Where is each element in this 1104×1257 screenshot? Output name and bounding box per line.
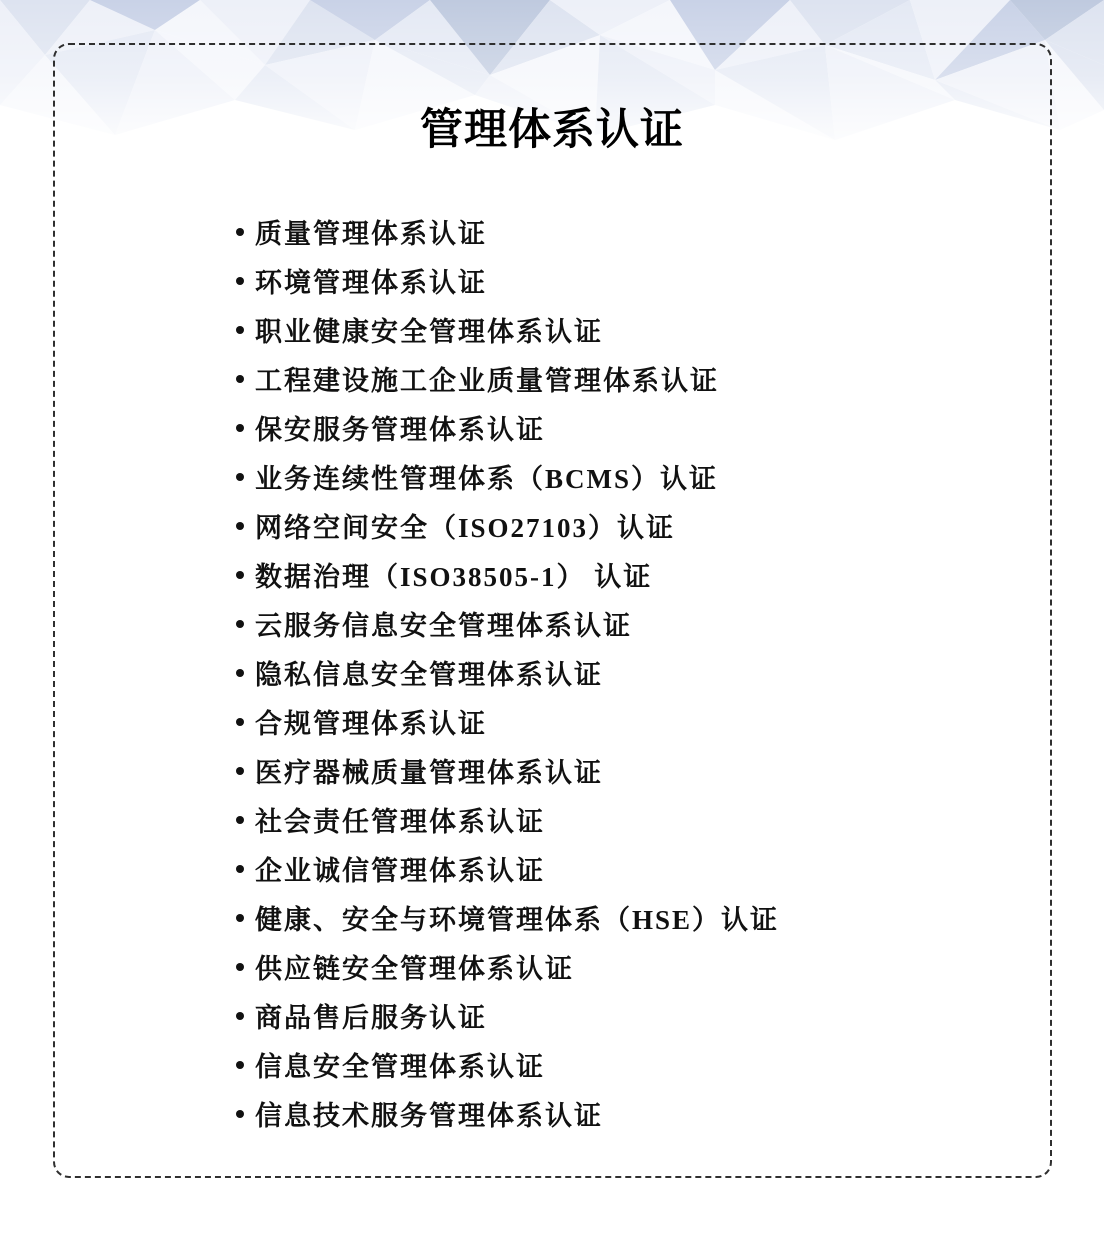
bullet-icon xyxy=(236,228,244,236)
list-item-label: 质量管理体系认证 xyxy=(255,212,487,251)
list-item-label: 环境管理体系认证 xyxy=(255,261,487,300)
list-item: 健康、安全与环境管理体系（HSE）认证 xyxy=(236,893,779,942)
list-item: 信息技术服务管理体系认证 xyxy=(236,1089,779,1138)
list-item-label: 合规管理体系认证 xyxy=(255,702,487,741)
list-item-label: 业务连续性管理体系（BCMS）认证 xyxy=(255,457,718,496)
bullet-icon xyxy=(236,767,244,775)
bullet-icon xyxy=(236,473,244,481)
list-item: 工程建设施工企业质量管理体系认证 xyxy=(236,354,779,403)
list-item: 质量管理体系认证 xyxy=(236,207,779,256)
cert-list: 质量管理体系认证 环境管理体系认证 职业健康安全管理体系认证 工程建设施工企业质… xyxy=(236,207,779,1138)
list-item: 业务连续性管理体系（BCMS）认证 xyxy=(236,452,779,501)
list-item-label: 保安服务管理体系认证 xyxy=(255,408,545,447)
bullet-icon xyxy=(236,914,244,922)
page-title: 管理体系认证 xyxy=(0,96,1104,157)
list-item-label: 供应链安全管理体系认证 xyxy=(255,947,574,986)
bullet-icon xyxy=(236,1061,244,1069)
bullet-icon xyxy=(236,620,244,628)
list-item: 信息安全管理体系认证 xyxy=(236,1040,779,1089)
list-item: 云服务信息安全管理体系认证 xyxy=(236,599,779,648)
list-item: 隐私信息安全管理体系认证 xyxy=(236,648,779,697)
bullet-icon xyxy=(236,1012,244,1020)
bullet-icon xyxy=(236,718,244,726)
bullet-icon xyxy=(236,375,244,383)
list-item: 社会责任管理体系认证 xyxy=(236,795,779,844)
bullet-icon xyxy=(236,816,244,824)
list-item-label: 职业健康安全管理体系认证 xyxy=(255,310,603,349)
list-item: 环境管理体系认证 xyxy=(236,256,779,305)
list-item: 数据治理（ISO38505-1） 认证 xyxy=(236,550,779,599)
list-item: 企业诚信管理体系认证 xyxy=(236,844,779,893)
list-item: 保安服务管理体系认证 xyxy=(236,403,779,452)
bullet-icon xyxy=(236,865,244,873)
list-item: 网络空间安全（ISO27103）认证 xyxy=(236,501,779,550)
list-item-label: 信息安全管理体系认证 xyxy=(255,1045,545,1084)
list-item: 商品售后服务认证 xyxy=(236,991,779,1040)
list-item-label: 医疗器械质量管理体系认证 xyxy=(255,751,603,790)
list-item: 合规管理体系认证 xyxy=(236,697,779,746)
list-item-label: 数据治理（ISO38505-1） 认证 xyxy=(255,555,652,594)
bullet-icon xyxy=(236,424,244,432)
list-item-label: 网络空间安全（ISO27103）认证 xyxy=(255,506,675,545)
list-item-label: 社会责任管理体系认证 xyxy=(255,800,545,839)
bullet-icon xyxy=(236,669,244,677)
list-item: 医疗器械质量管理体系认证 xyxy=(236,746,779,795)
list-item: 职业健康安全管理体系认证 xyxy=(236,305,779,354)
bullet-icon xyxy=(236,1110,244,1118)
list-item-label: 企业诚信管理体系认证 xyxy=(255,849,545,888)
bullet-icon xyxy=(236,963,244,971)
bullet-icon xyxy=(236,522,244,530)
list-item-label: 隐私信息安全管理体系认证 xyxy=(255,653,603,692)
list-item-label: 工程建设施工企业质量管理体系认证 xyxy=(255,359,719,398)
list-item-label: 信息技术服务管理体系认证 xyxy=(255,1094,603,1133)
bullet-icon xyxy=(236,571,244,579)
list-item-label: 云服务信息安全管理体系认证 xyxy=(255,604,632,643)
list-item: 供应链安全管理体系认证 xyxy=(236,942,779,991)
bullet-icon xyxy=(236,326,244,334)
bullet-icon xyxy=(236,277,244,285)
list-item-label: 商品售后服务认证 xyxy=(255,996,487,1035)
list-item-label: 健康、安全与环境管理体系（HSE）认证 xyxy=(255,898,779,937)
